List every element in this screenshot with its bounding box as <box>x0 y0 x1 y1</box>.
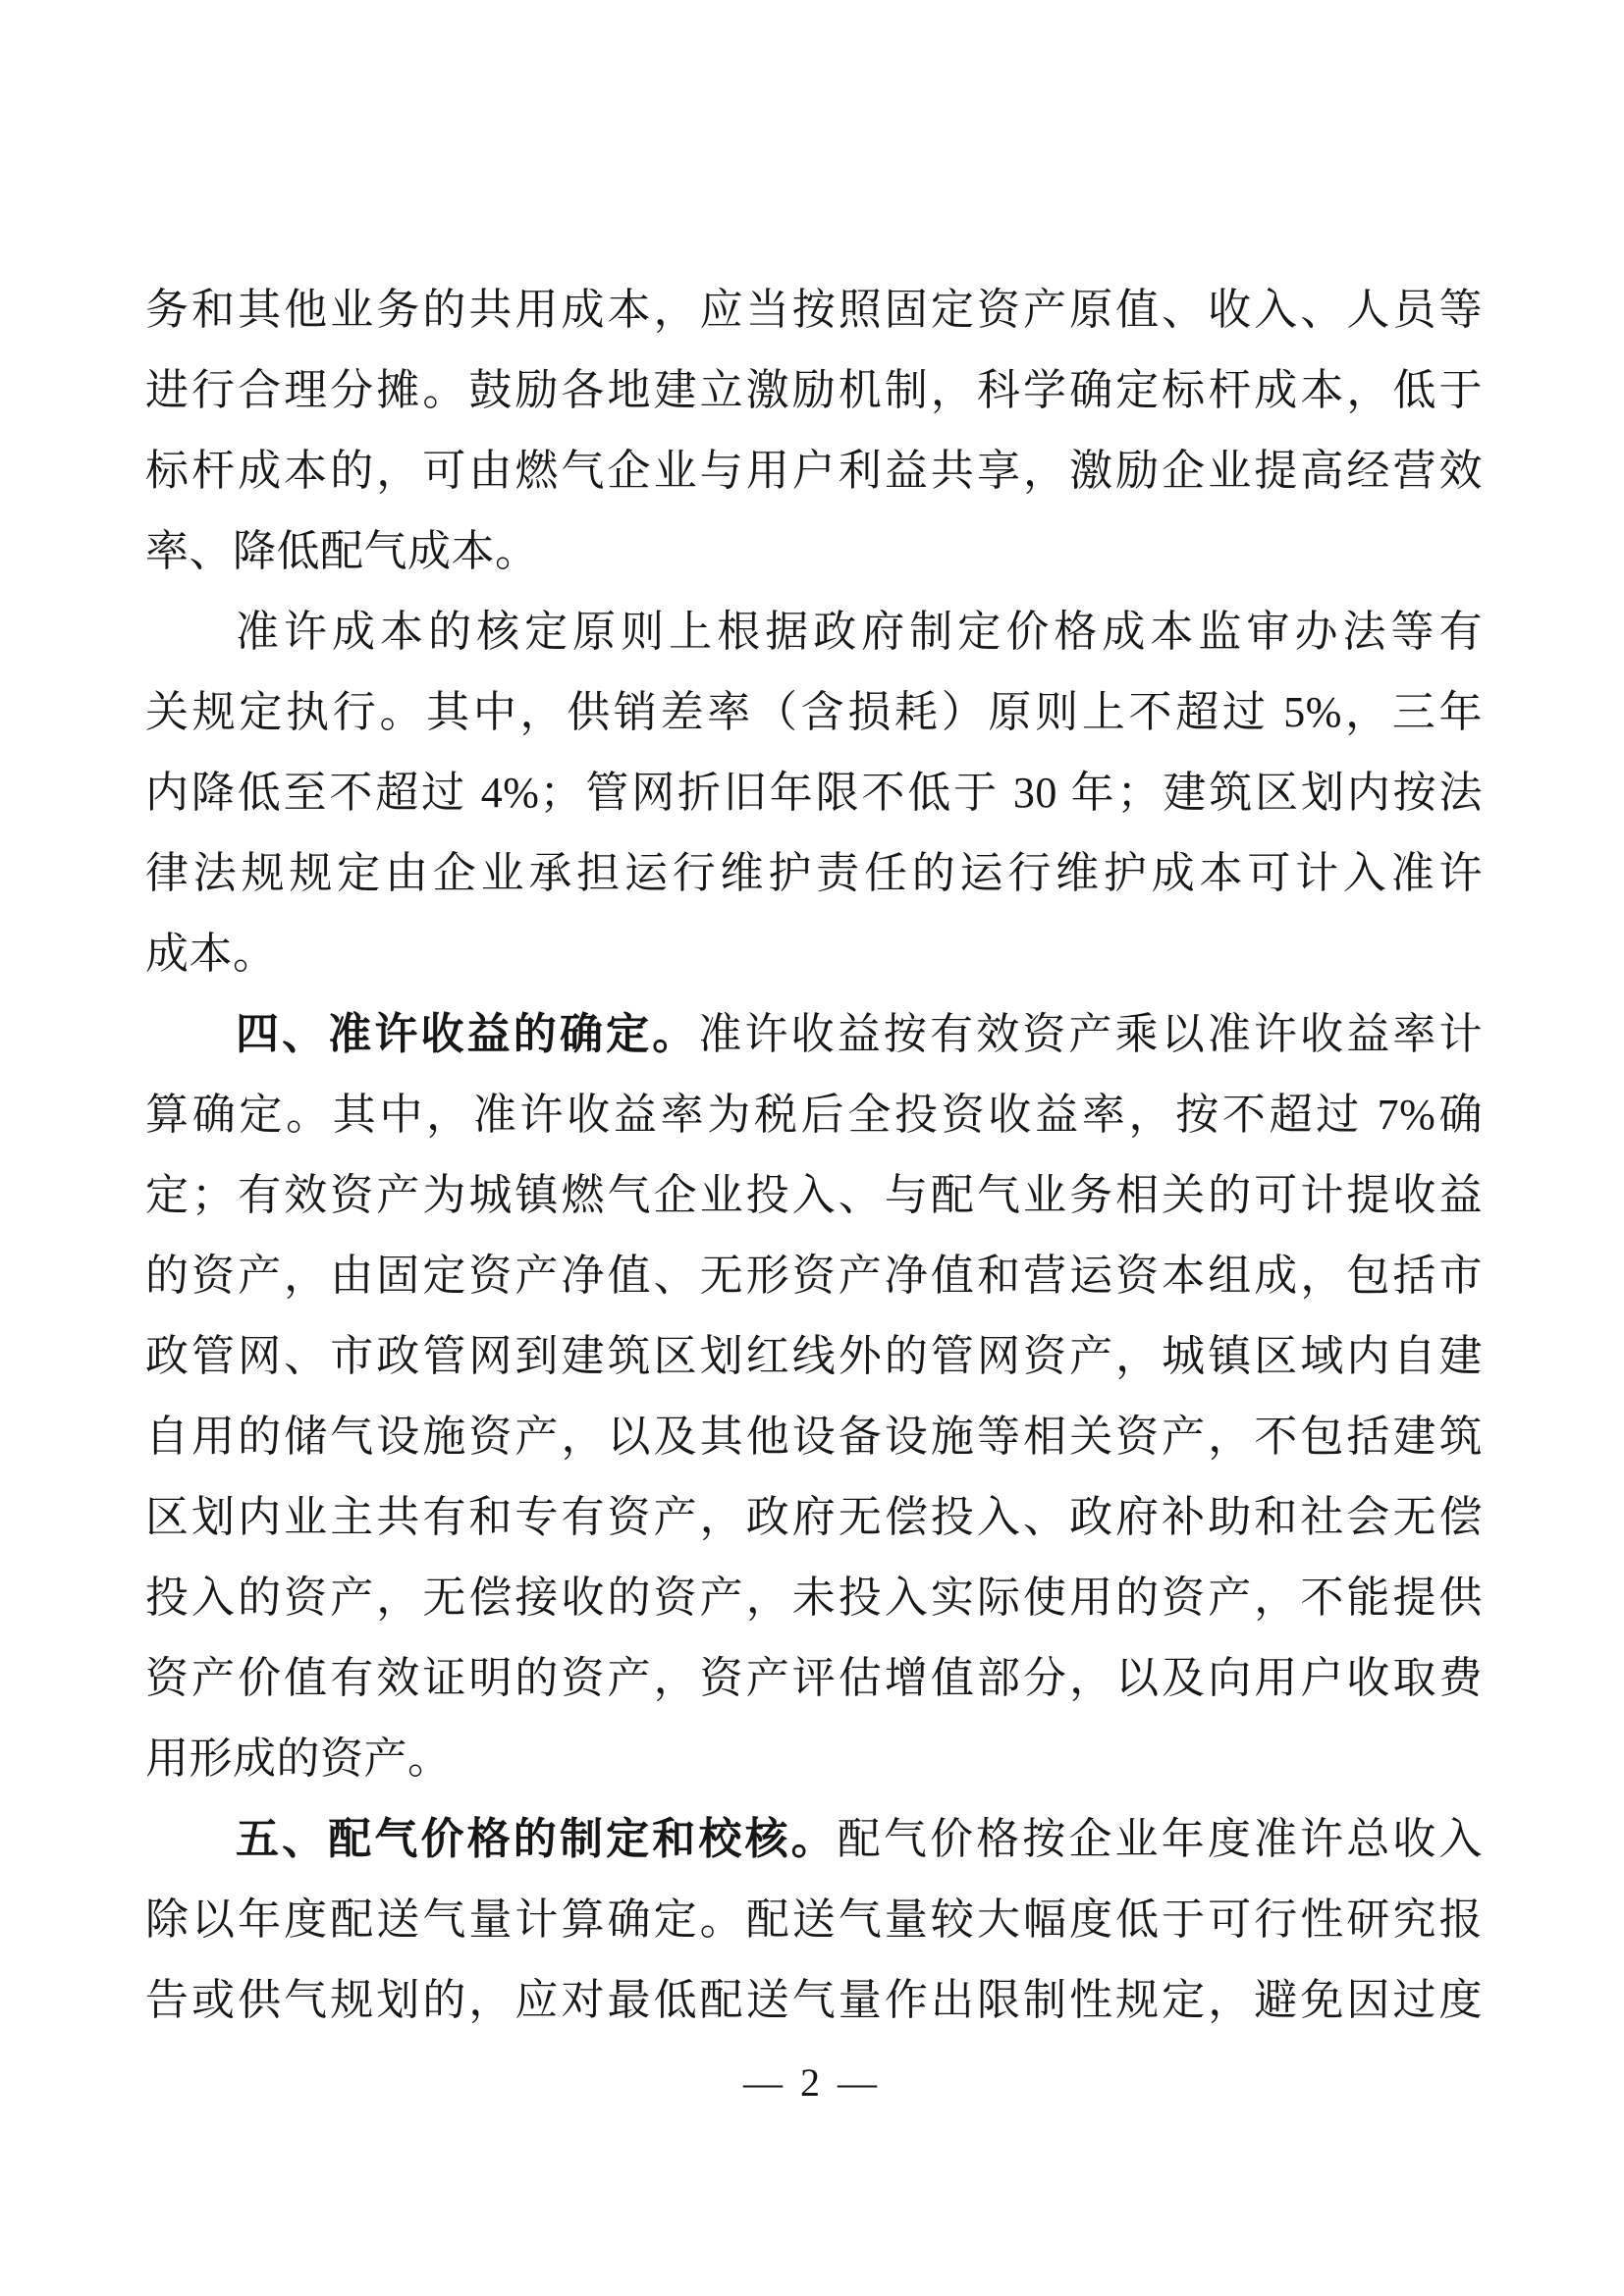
text-line: 准许成本的核定原则上根据政府制定价格成本监审办法等有 <box>145 592 1483 672</box>
line-text: 律法规规定由企业承担运行维护责任的运行维护成本可计入准许 <box>145 849 1483 897</box>
line-text: 配气价格按企业年度准许总收入 <box>838 1815 1483 1863</box>
line-text: 率、降低配气成本。 <box>145 527 539 575</box>
text-line: 标杆成本的，可由燃气企业与用户利益共享，激励企业提高经营效 <box>145 431 1483 511</box>
text-line: 投入的资产，无偿接收的资产，未投入实际使用的资产，不能提供 <box>145 1558 1483 1638</box>
section-heading: 四、准许收益的确定。 <box>236 1010 698 1058</box>
page-number: — 2 — <box>0 2059 1624 2106</box>
line-text: 政管网、市政管网到建筑区划红线外的管网资产，城镇区域内自建 <box>145 1332 1483 1380</box>
line-text: 准许成本的核定原则上根据政府制定价格成本监审办法等有 <box>236 608 1483 656</box>
text-line: 的资产，由固定资产净值、无形资产净值和营运资本组成，包括市 <box>145 1236 1483 1316</box>
text-line: 成本。 <box>145 914 1483 994</box>
text-line: 率、降低配气成本。 <box>145 511 1483 592</box>
text-line: 算确定。其中，准许收益率为税后全投资收益率，按不超过 7%确 <box>145 1075 1483 1155</box>
text-line: 用形成的资产。 <box>145 1719 1483 1799</box>
text-line: 告或供气规划的，应对最低配送气量作出限制性规定，避免因过度 <box>145 1960 1483 2041</box>
line-text: 成本。 <box>145 930 277 978</box>
line-text: 务和其他业务的共用成本，应当按照固定资产原值、收入、人员等 <box>145 286 1483 334</box>
line-text: 投入的资产，无偿接收的资产，未投入实际使用的资产，不能提供 <box>145 1574 1483 1622</box>
document-page: 务和其他业务的共用成本，应当按照固定资产原值、收入、人员等 进行合理分摊。鼓励各… <box>0 0 1624 2296</box>
text-line: 区划内业主共有和专有资产，政府无偿投入、政府补助和社会无偿 <box>145 1477 1483 1558</box>
line-text: 内降低至不超过 4%；管网折旧年限不低于 30 年；建筑区划内按法 <box>145 769 1483 817</box>
line-text: 告或供气规划的，应对最低配送气量作出限制性规定，避免因过度 <box>145 1976 1483 2024</box>
text-block: 务和其他业务的共用成本，应当按照固定资产原值、收入、人员等 进行合理分摊。鼓励各… <box>145 270 1483 2041</box>
text-line: 除以年度配送气量计算确定。配送气量较大幅度低于可行性研究报 <box>145 1880 1483 1960</box>
text-line: 四、准许收益的确定。准许收益按有效资产乘以准许收益率计 <box>145 994 1483 1075</box>
text-line: 务和其他业务的共用成本，应当按照固定资产原值、收入、人员等 <box>145 270 1483 350</box>
line-text: 定；有效资产为城镇燃气企业投入、与配气业务相关的可计提收益 <box>145 1171 1483 1219</box>
line-text: 进行合理分摊。鼓励各地建立激励机制，科学确定标杆成本，低于 <box>145 366 1483 414</box>
text-line: 资产价值有效证明的资产，资产评估增值部分，以及向用户收取费 <box>145 1638 1483 1719</box>
text-line: 进行合理分摊。鼓励各地建立激励机制，科学确定标杆成本，低于 <box>145 350 1483 431</box>
text-line: 五、配气价格的制定和校核。配气价格按企业年度准许总收入 <box>145 1799 1483 1880</box>
text-line: 自用的储气设施资产，以及其他设备设施等相关资产，不包括建筑 <box>145 1397 1483 1477</box>
line-text: 区划内业主共有和专有资产，政府无偿投入、政府补助和社会无偿 <box>145 1493 1483 1541</box>
line-text: 自用的储气设施资产，以及其他设备设施等相关资产，不包括建筑 <box>145 1413 1483 1461</box>
line-text: 算确定。其中，准许收益率为税后全投资收益率，按不超过 7%确 <box>145 1091 1483 1139</box>
line-text: 准许收益按有效资产乘以准许收益率计 <box>698 1010 1483 1058</box>
section-heading: 五、配气价格的制定和校核。 <box>236 1815 838 1863</box>
text-line: 内降低至不超过 4%；管网折旧年限不低于 30 年；建筑区划内按法 <box>145 753 1483 833</box>
line-text: 关规定执行。其中，供销差率（含损耗）原则上不超过 5%，三年 <box>145 688 1483 736</box>
line-text: 标杆成本的，可由燃气企业与用户利益共享，激励企业提高经营效 <box>145 447 1483 495</box>
text-line: 定；有效资产为城镇燃气企业投入、与配气业务相关的可计提收益 <box>145 1155 1483 1236</box>
line-text: 用形成的资产。 <box>145 1735 452 1783</box>
text-line: 律法规规定由企业承担运行维护责任的运行维护成本可计入准许 <box>145 833 1483 914</box>
line-text: 的资产，由固定资产净值、无形资产净值和营运资本组成，包括市 <box>145 1252 1483 1300</box>
line-text: 除以年度配送气量计算确定。配送气量较大幅度低于可行性研究报 <box>145 1896 1483 1944</box>
line-text: 资产价值有效证明的资产，资产评估增值部分，以及向用户收取费 <box>145 1654 1483 1702</box>
text-line: 关规定执行。其中，供销差率（含损耗）原则上不超过 5%，三年 <box>145 672 1483 753</box>
text-line: 政管网、市政管网到建筑区划红线外的管网资产，城镇区域内自建 <box>145 1316 1483 1397</box>
